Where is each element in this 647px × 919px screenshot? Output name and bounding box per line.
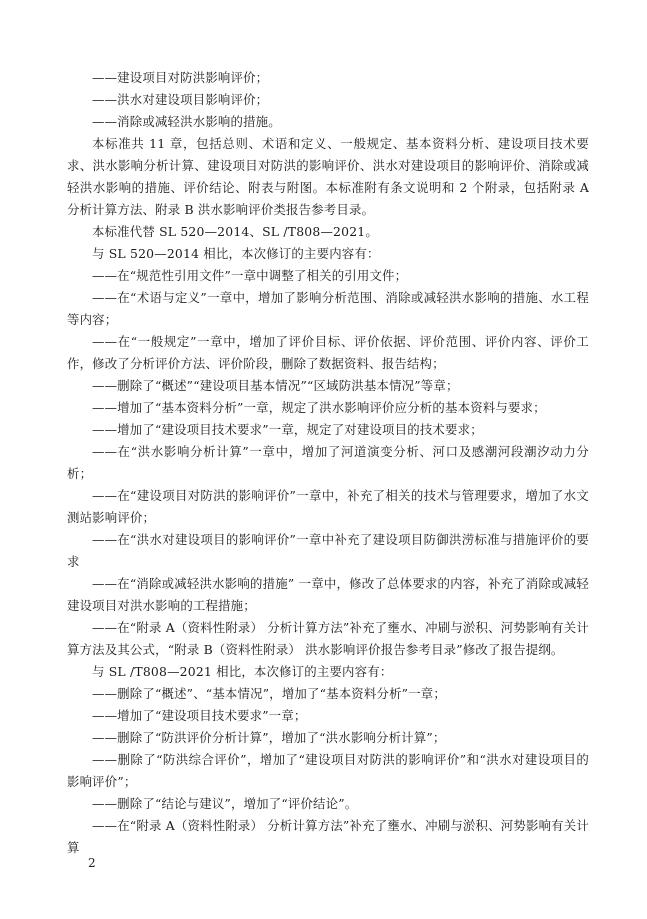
list-item-revision: ——删除了“防洪综合评价”，增加了“建设项目对防洪的影响评价”和“洪水对建设项目… (67, 749, 589, 793)
list-item-revision: ——在“规范性引用文件”一章中调整了相关的引用文件； (67, 265, 589, 287)
list-item-bullet: ——消除或减轻洪水影响的措施。 (67, 111, 589, 133)
list-item-revision: ——在“附录 A（资料性附录） 分析计算方法”补充了壅水、冲刷与淤积、河势影响有… (67, 617, 589, 661)
list-item-revision: ——在“术语与定义”一章中，增加了影响分析范围、消除或减轻洪水影响的措施、水工程… (67, 287, 589, 331)
paragraph-comparison-heading: 与 SL /T808—2021 相比，本次修订的主要内容有： (67, 661, 589, 683)
list-item-revision: ——删除了“防洪评价分析计算”，增加了“洪水影响分析计算”； (67, 727, 589, 749)
paragraph-structure-summary: 本标准共 11 章，包括总则、术语和定义、一般规定、基本资料分析、建设项目技术要… (67, 133, 589, 221)
list-item-revision: ——在“洪水影响分析计算”一章中，增加了河道演变分析、河口及感潮河段潮汐动力分析… (67, 441, 589, 485)
list-item-revision: ——增加了“建设项目技术要求”一章，规定了对建设项目的技术要求； (67, 419, 589, 441)
list-item-revision: ——增加了“建设项目技术要求”一章； (67, 705, 589, 727)
list-item-revision: ——在“附录 A（资料性附录） 分析计算方法”补充了壅水、冲刷与淤积、河势影响有… (67, 815, 589, 859)
list-item-revision: ——删除了“概述”“建设项目基本情况”“区域防洪基本情况”等章； (67, 375, 589, 397)
document-page: ——建设项目对防洪影响评价； ——洪水对建设项目影响评价； ——消除或减轻洪水影… (67, 67, 589, 859)
list-item-bullet: ——洪水对建设项目影响评价； (67, 89, 589, 111)
list-item-revision: ——在“消除或减轻洪水影响的措施” 一章中，修改了总体要求的内容，补充了消除或减… (67, 573, 589, 617)
list-item-revision: ——在“一般规定”一章中，增加了评价目标、评价依据、评价范围、评价内容、评价工作… (67, 331, 589, 375)
list-item-revision: ——在“洪水对建设项目的影响评价”一章中补充了建设项目防御洪涝标准与措施评价的要… (67, 529, 589, 573)
list-item-revision: ——删除了“概述”、“基本情况”，增加了“基本资料分析”一章； (67, 683, 589, 705)
list-item-revision: ——增加了“基本资料分析”一章，规定了洪水影响评价应分析的基本资料与要求； (67, 397, 589, 419)
list-item-revision: ——删除了“结论与建议”，增加了“评价结论”。 (67, 793, 589, 815)
list-item-revision: ——在“建设项目对防洪的影响评价”一章中，补充了相关的技术与管理要求，增加了水文… (67, 485, 589, 529)
paragraph-comparison-heading: 与 SL 520—2014 相比，本次修订的主要内容有： (67, 243, 589, 265)
list-item-bullet: ——建设项目对防洪影响评价； (67, 67, 589, 89)
page-number: 2 (88, 856, 96, 870)
paragraph-replaces-standards: 本标准代替 SL 520—2014、SL /T808—2021。 (67, 221, 589, 243)
